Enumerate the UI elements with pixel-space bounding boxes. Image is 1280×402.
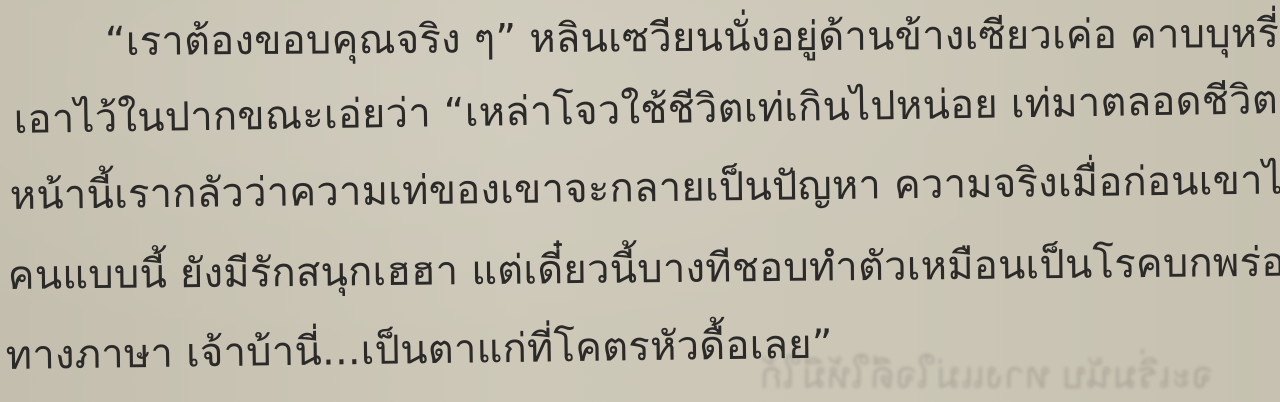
text-line-1: “เราต้องขอบคุณจริง ๆ” หลินเซวียนนั่งอยู่… <box>105 14 1280 62</box>
book-page: ฝาย “เราต้องขอบคุณจริง ๆ” หลินเซวียนนั่ง… <box>0 0 1280 402</box>
text-line-4: คนแบบนี้ ยังมีรักสนุกเฮฮา แต่เดี๋ยวนี้บา… <box>8 242 1280 296</box>
text-line-3: หน้านี้เรากลัวว่าความเท่ของเขาจะกลายเป็น… <box>10 160 1280 216</box>
bleed-through-text: จะเริ่มนับ ทางแม่ใจดีให้มีใก้ <box>760 344 1214 402</box>
top-cut-fragment: ฝาย <box>60 0 123 2</box>
text-line-2: เอาไว้ในปากขณะเอ่ยว่า “เหล่าโจวใช้ชีวิตเ… <box>13 79 1280 140</box>
text-line-5: ทางภาษา เจ้าบ้านี่...เป็นตาแก่ที่โคตรหัว… <box>5 324 833 376</box>
